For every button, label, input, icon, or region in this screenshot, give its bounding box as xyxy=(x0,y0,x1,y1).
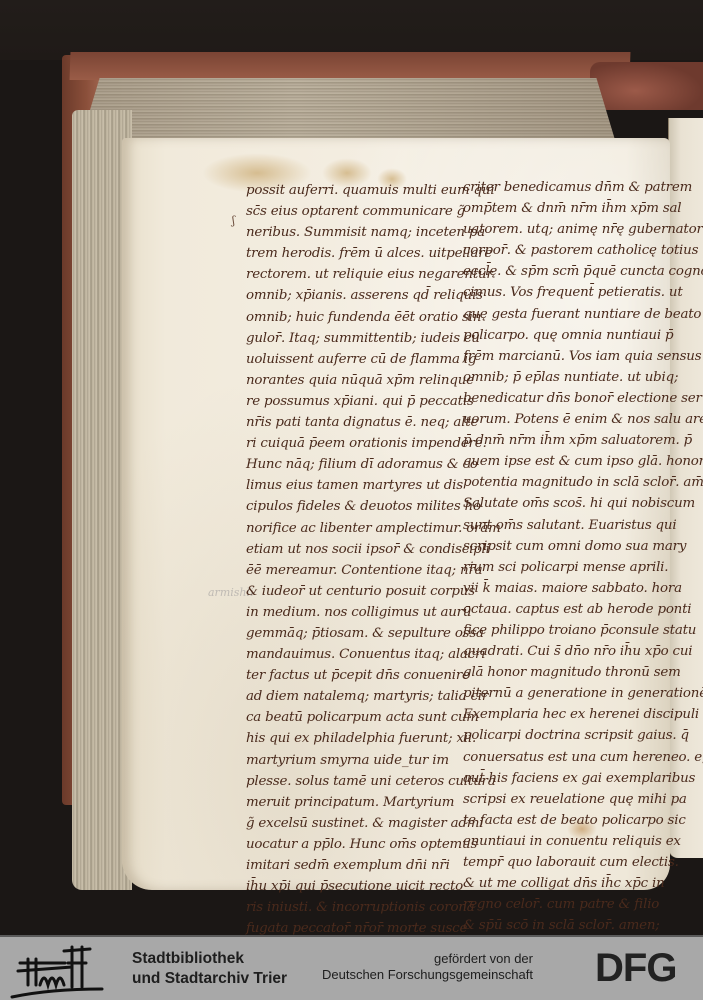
funding-notice-line2: Deutschen Forschungsgemeinschaft xyxy=(322,967,533,983)
manuscript-line: ih̄u xp̄i qui p̄secutione uicit recto xyxy=(246,876,436,897)
manuscript-line: cimus. Vos frequent̄ petieratis. ut xyxy=(463,282,653,303)
manuscript-line: mandauimus. Conuentus itaq; alacri xyxy=(246,644,436,665)
text-column-right: criter benedicamus dn̄m & patremomp̄tem … xyxy=(463,177,653,935)
manuscript-line: sunt om̄s salutant. Euaristus qui xyxy=(463,515,653,536)
library-name: Stadtbibliothek und Stadtarchiv Trier xyxy=(132,949,287,989)
funding-notice-line1: gefördert von der xyxy=(322,951,533,967)
manuscript-line: frēm marcianū. Vos iam quia sensus xyxy=(463,346,653,367)
dfg-logo-icon: DFG xyxy=(595,949,695,987)
text-column-left: possit auferri. quamuis multi eum quisc̄… xyxy=(246,180,436,935)
manuscript-line: Exemplaria hec ex herenei discipuli xyxy=(463,704,653,725)
manuscript-line: corpor̄. & pastorem catholicę totius xyxy=(463,240,653,261)
manuscript-line: omnib; xp̄ianis. asserens qd̄ reliquis xyxy=(246,285,436,306)
manuscript-line: & ut me colligat dn̄s ih̄c xp̄c in xyxy=(463,873,653,894)
leather-cover-top xyxy=(70,52,631,80)
manuscript-line: sc̄s eius optarent communicare g̃ xyxy=(246,201,436,222)
manuscript-line: glā honor magnitudo thronū sem xyxy=(463,662,653,683)
manuscript-line: nr̄is pati tanta dignatus ē. neq; alte xyxy=(246,412,436,433)
manuscript-line: ri cuiquā p̄eem orationis impendere. xyxy=(246,433,436,454)
manuscript-line: gemmāq; p̄tiosam. & sepulture ossa xyxy=(246,623,436,644)
manuscript-line: ris iniusti. & incorruptionis coronā xyxy=(246,897,436,918)
manuscript-line: te facta est de beato policarpo sic xyxy=(463,810,653,831)
footer-banner: Stadtbibliothek und Stadtarchiv Trier ge… xyxy=(0,935,703,1000)
library-logo-icon xyxy=(10,941,120,999)
manuscript-line: etiam ut nos socii ipsor̄ & condiscipli xyxy=(246,539,436,560)
manuscript-line: rium sci policarpi mense aprili. xyxy=(463,557,653,578)
manuscript-line: conuersatus est una cum hereneo. ego xyxy=(463,747,653,768)
manuscript-line: policarpo. quę omnia nuntiaui p̄ xyxy=(463,325,653,346)
manuscript-line: in medium. nos colligimus ut aurū xyxy=(246,602,436,623)
manuscript-line: ca beatū policarpum acta sunt cum xyxy=(246,707,436,728)
manuscript-line: meruit principatum. Martyrium xyxy=(246,792,436,813)
manuscript-line: quadrati. Cui s̄ dn̄o nr̄o ih̄u xp̄o cui xyxy=(463,641,653,662)
manuscript-line: uoluissent auferre cū de flamma ig xyxy=(246,349,436,370)
manuscript-line: ēē mereamur. Contentione itaq; nr̄a xyxy=(246,560,436,581)
manuscript-line: plesse. solus tamē uni ceteros cultura xyxy=(246,771,436,792)
manuscript-line: p̄ dnm̄ nr̄m ih̄m xp̄m saluatorem. p̄ xyxy=(463,430,653,451)
manuscript-line: limus eius tamen martyres ut dis xyxy=(246,475,436,496)
manuscript-line: imitari sedm̄ exemplum dn̄i nr̄i xyxy=(246,855,436,876)
manuscript-line: & sp̄ū scō in sclā sclor̄. amen; xyxy=(463,915,653,935)
manuscript-line: omnib; huic fundenda ēēt oratio sin xyxy=(246,307,436,328)
library-name-line2: und Stadtarchiv Trier xyxy=(132,969,287,989)
manuscript-line: possit auferri. quamuis multi eum qui xyxy=(246,180,436,201)
manuscript-line: neribus. Summisit namq; inceten pa xyxy=(246,222,436,243)
manuscript-image-viewer: ʃ armishli possit auferri. quamuis multi… xyxy=(0,0,703,935)
manuscript-line: omnib; p̄ ep̄las nuntiate. ut ubiq; xyxy=(463,367,653,388)
manuscript-line: martyrium smyrna uide_tur im xyxy=(246,750,436,771)
manuscript-line: benedicatur dn̄s bonor̄ electione ser xyxy=(463,388,653,409)
manuscript-line: scripsi ex reuelatione quę mihi pa xyxy=(463,789,653,810)
manuscript-line: g̃ excelsū sustinet. & magister admi xyxy=(246,813,436,834)
manuscript-line: Hunc nāq; filium dī adoramus & co xyxy=(246,454,436,475)
manuscript-line: uatorem. utq; animę nr̄ę gubernatorem & xyxy=(463,219,653,240)
leather-cover-corner xyxy=(590,62,703,110)
manuscript-line: quem ipse est & cum ipso glā. honor xyxy=(463,451,653,472)
manuscript-line: & iudeor̄ ut centurio posuit corpus xyxy=(246,581,436,602)
manuscript-line: norantes quia nūquā xp̄m relinque xyxy=(246,370,436,391)
manuscript-line: uorum. Potens ē enim & nos salu are xyxy=(463,409,653,430)
manuscript-line: quę gesta fuerant nuntiare de beato xyxy=(463,304,653,325)
manuscript-line: aut̄ his faciens ex gai exemplaribus xyxy=(463,768,653,789)
manuscript-line: criter benedicamus dn̄m & patrem xyxy=(463,177,653,198)
background-top xyxy=(0,0,703,60)
manuscript-line: potentia magnitudo in sclā sclor̄. am̄ xyxy=(463,472,653,493)
manuscript-line: piternū a generatione in generationē. am… xyxy=(463,683,653,704)
manuscript-line: uocatur a pp̄lo. Hunc om̄s optemus xyxy=(246,834,436,855)
manuscript-line: his qui ex philadelphia fuerunt; xii. xyxy=(246,728,436,749)
manuscript-line: gulor̄. Itaq; summittentib; iudeis cū xyxy=(246,328,436,349)
manuscript-line: fice philippo troiano p̄consule statu xyxy=(463,620,653,641)
manuscript-line: enuntiaui in conuentu reliquis ex xyxy=(463,831,653,852)
funding-notice: gefördert von der Deutschen Forschungsge… xyxy=(322,951,533,983)
manuscript-line: ad diem natalemq; martyris; talia cir xyxy=(246,686,436,707)
manuscript-line: eccl̄ę. & sp̄m scm̄ p̄quē cuncta cognos xyxy=(463,261,653,282)
manuscript-line: fugata peccator̄ nr̄or̄ morte susce xyxy=(246,918,436,935)
margin-note: ʃ xyxy=(232,214,235,227)
manuscript-line: re possumus xp̄iani. qui p̄ peccatis xyxy=(246,391,436,412)
manuscript-line: rectorem. ut reliquie eius negarentur xyxy=(246,264,436,285)
manuscript-line: trem herodis. frēm ū alces. uitpellare xyxy=(246,243,436,264)
manuscript-line: cipulos fideles & deuotos milites ho xyxy=(246,496,436,517)
manuscript-line: policarpi doctrina scripsit gaius. q̄ xyxy=(463,725,653,746)
manuscript-line: norifice ac libenter amplectimur. orām xyxy=(246,518,436,539)
manuscript-line: tempr̄ quo laborauit cum electis. xyxy=(463,852,653,873)
manuscript-line: ter factus ut p̄cepit dn̄s conuenire xyxy=(246,665,436,686)
library-name-line1: Stadtbibliothek xyxy=(132,949,287,969)
manuscript-line: vii k̄ maias. maiore sabbato. hora xyxy=(463,578,653,599)
manuscript-line: regno celor̄. cum patre & filio xyxy=(463,894,653,915)
manuscript-line: scripsit cum omni domo sua mary xyxy=(463,536,653,557)
manuscript-line: Salutate om̄s scos̄. hi qui nobiscum xyxy=(463,493,653,514)
manuscript-line: octaua. captus est ab herode ponti xyxy=(463,599,653,620)
manuscript-line: omp̄tem & dnm̄ nr̄m ih̄m xp̄m sal xyxy=(463,198,653,219)
